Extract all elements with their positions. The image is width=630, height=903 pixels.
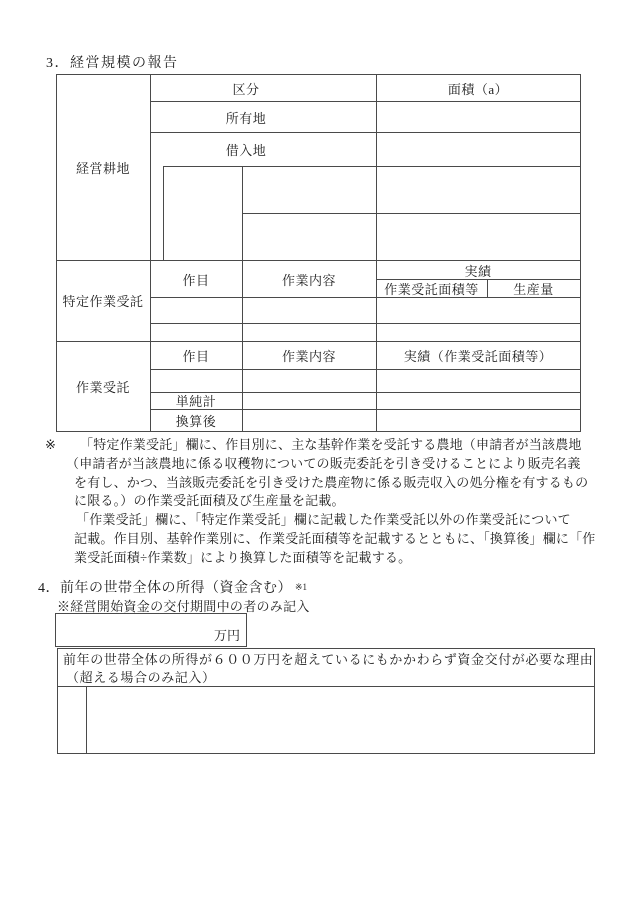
grid-line xyxy=(86,686,87,754)
row-label-tanjunkei: 単純計 xyxy=(150,392,242,409)
note-line: ※「特定作業受託」欄に、作目別に、主な基幹作業を受託する農地（申請者が当該農地 xyxy=(74,436,580,455)
tokutei-header-jisseki: 実績 xyxy=(376,261,580,279)
section4-heading-refmark: ※1 xyxy=(295,582,307,592)
note-line: に限る。）の作業受託面積及び生産量を記載。 xyxy=(74,492,580,511)
tokutei-header-seisanryo: 生産量 xyxy=(487,279,580,297)
reason-line-1: 前年の世帯全体の所得が６００万円を超えているにもかかわらず資金交付が必要な理由 xyxy=(63,651,593,669)
row-label-sagyo-jutaku: 作業受託 xyxy=(56,341,150,431)
input-cell-shoyuchi-menseki xyxy=(376,102,580,132)
col-header-menseki: 面積（a） xyxy=(376,75,580,101)
keiei-kibo-table: 区分 面積（a） 経営耕地 所有地 借入地 特定作業受託 作目 作業内容 実績 … xyxy=(56,74,581,432)
income-amount-box: 万円 xyxy=(55,613,247,647)
input-row-tokutei-1 xyxy=(150,298,581,323)
note-paragraph: ※「特定作業受託」欄に、作目別に、主な基幹作業を受託する農地（申請者が当該農地 … xyxy=(74,436,580,568)
note-line-text: 「特定作業受託」欄に、作目別に、主な基幹作業を受託する農地（申請者が当該農地 xyxy=(80,437,582,452)
note-line: を有し、かつ、当該販売委託を引き受けた農産物に係る販売収入の処分権を有するもの xyxy=(74,474,580,493)
unit-label: 万円 xyxy=(214,625,240,644)
input-row-sagyo-1 xyxy=(150,370,581,392)
row-label-shoyuchi: 所有地 xyxy=(150,102,342,132)
row-label-keiei-kochi: 経営耕地 xyxy=(56,74,150,260)
reason-line-2: （超える場合のみ記入） xyxy=(66,669,593,687)
note-line: 「作業受託」欄に、「特定作業受託」欄に記載した作業受託以外の作業受託について xyxy=(76,511,580,530)
document-page: 3．経営規模の報告 区分 面積（a） 経営耕地 所有地 借入地 xyxy=(0,0,630,903)
row-label-kariirechi: 借入地 xyxy=(150,133,342,166)
note-marker: ※ xyxy=(45,436,56,455)
grid-line xyxy=(56,431,581,432)
input-cell-nested-row1 xyxy=(242,166,376,213)
tokutei-header-sakumoku: 作目 xyxy=(150,261,242,297)
input-row-tokutei-2 xyxy=(150,324,581,341)
row-label-kansango: 換算後 xyxy=(150,409,242,431)
input-cell-nested-label xyxy=(163,166,242,260)
sagyo-header-sakumoku: 作目 xyxy=(150,342,242,369)
reason-box-header: 前年の世帯全体の所得が６００万円を超えているにもかかわらず資金交付が必要な理由 … xyxy=(63,651,593,686)
tokutei-header-sagyo-naiyo: 作業内容 xyxy=(242,261,376,297)
section4-heading: 4．前年の世帯全体の所得（資金含む）※1 xyxy=(38,577,307,597)
input-cell-kariirechi-menseki xyxy=(376,133,580,166)
note-line: （申請者が当該農地に係る収穫物についての販売委託を引き受けることにより販売名義 xyxy=(66,455,580,474)
input-cell-nested-row2 xyxy=(242,213,376,260)
col-header-kubun: 区分 xyxy=(150,75,342,101)
reason-box: 前年の世帯全体の所得が６００万円を超えているにもかかわらず資金交付が必要な理由 … xyxy=(57,648,595,754)
grid-line xyxy=(58,686,594,687)
note-line: 記載。作目別、基幹作業別に、作業受託面積等を記載するとともに、「換算後」欄に「作 xyxy=(74,530,580,549)
tokutei-header-jutaku-menseki: 作業受託面積等 xyxy=(376,279,487,297)
sagyo-header-sagyo-naiyo: 作業内容 xyxy=(242,342,376,369)
section3-heading: 3．経営規模の報告 xyxy=(46,52,179,72)
row-label-tokutei-sagyo-jutaku: 特定作業受託 xyxy=(56,260,150,341)
section4-heading-text: 4．前年の世帯全体の所得（資金含む） xyxy=(38,581,292,596)
sagyo-header-jisseki: 実績（作業受託面積等） xyxy=(376,342,580,369)
note-line: 業受託面積÷作業数」により換算した面積等を記載する。 xyxy=(74,549,580,568)
